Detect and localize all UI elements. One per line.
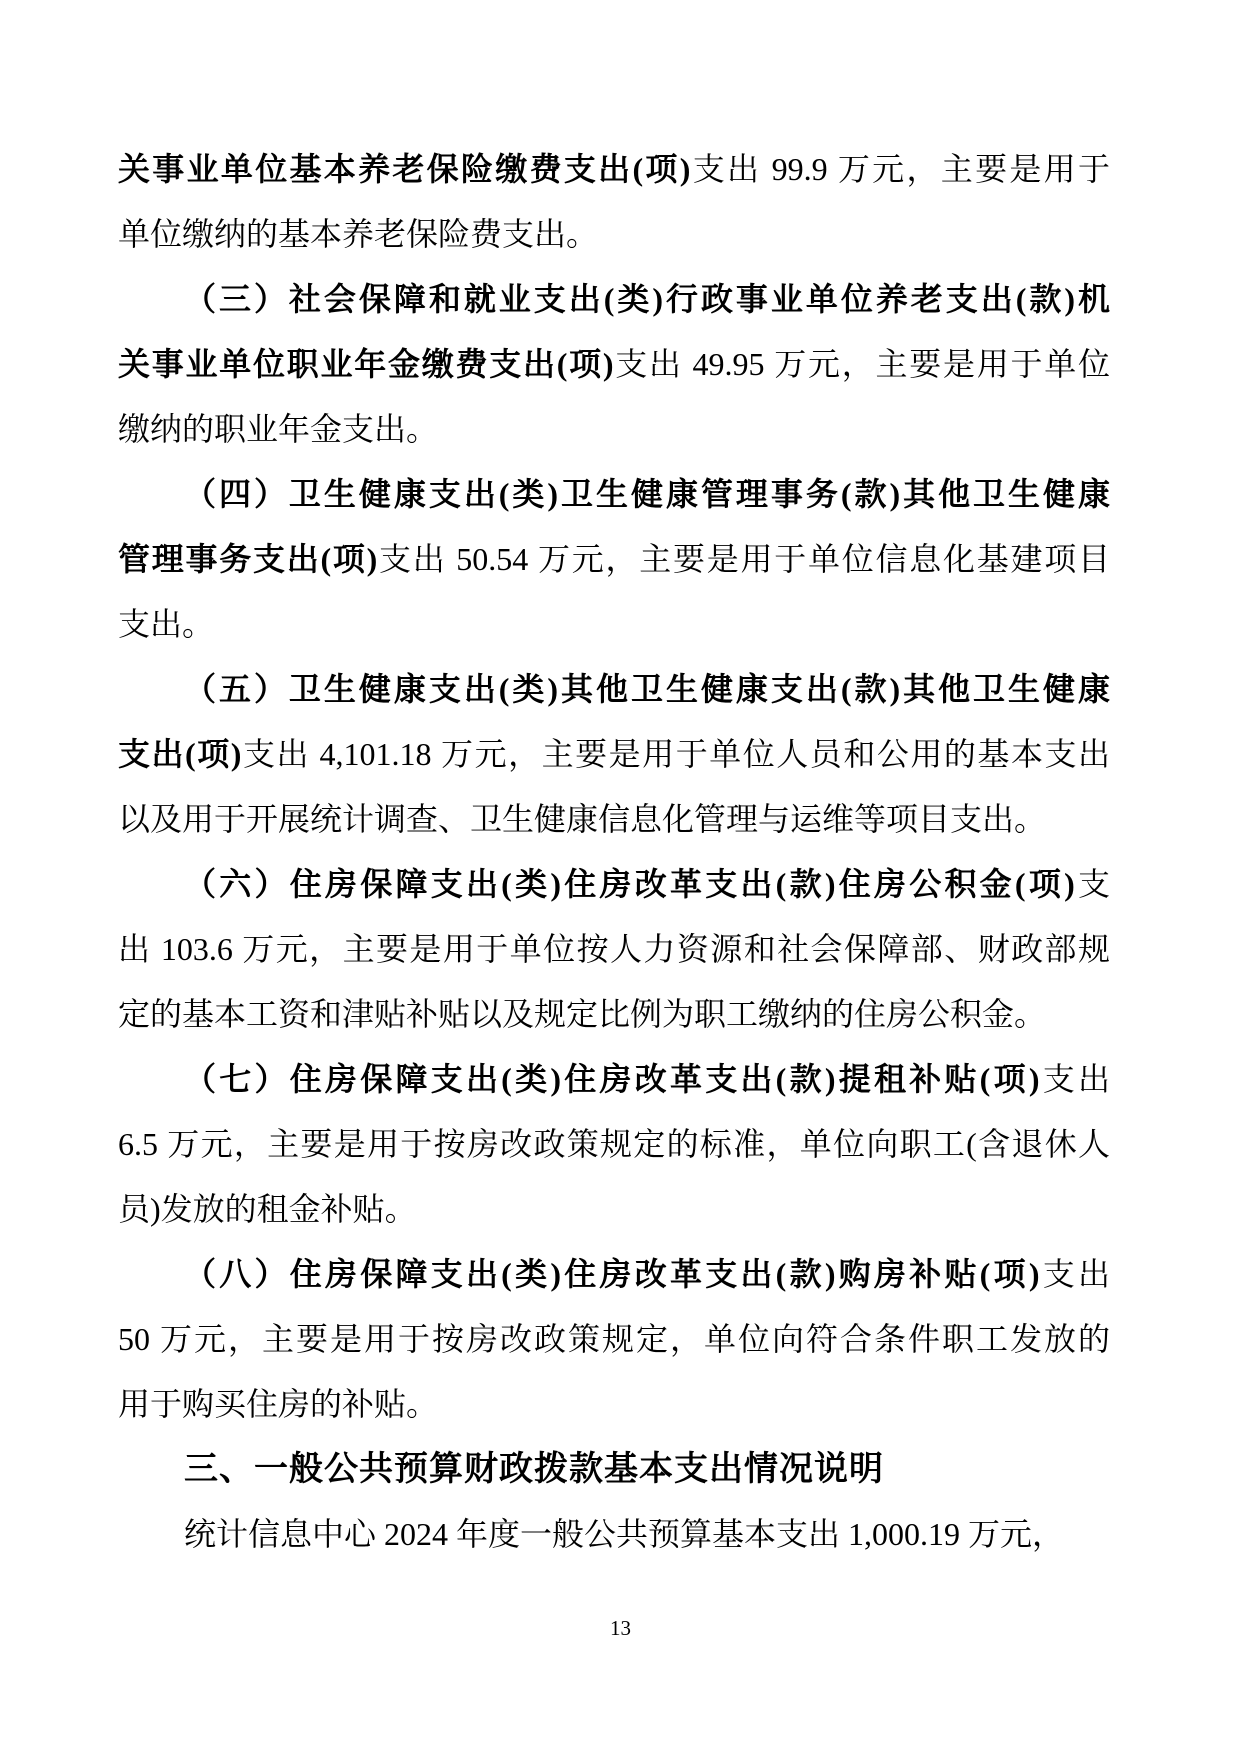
text-line: （七）住房保障支出(类)住房改革支出(款)提租补贴(项)支出	[118, 1047, 1110, 1112]
body-text: 定的基本工资和津贴补贴以及规定比例为职工缴纳的住房公积金。	[118, 996, 1046, 1032]
budget-category-text: （八）住房保障支出(类)住房改革支出(款)购房补贴(项)	[184, 1256, 1040, 1292]
page-number: 13	[0, 1608, 1241, 1648]
body-text: 支	[1075, 866, 1110, 902]
text-line: 50 万元，主要是用于按房改政策规定，单位向符合条件职工发放的	[118, 1307, 1110, 1372]
budget-category-text: （四）卫生健康支出(类)卫生健康管理事务(款)其他卫生健康	[184, 476, 1110, 512]
text-line: 定的基本工资和津贴补贴以及规定比例为职工缴纳的住房公积金。	[118, 982, 1110, 1047]
text-line: （六）住房保障支出(类)住房改革支出(款)住房公积金(项)支	[118, 852, 1110, 917]
body-text: 支出。	[118, 606, 214, 642]
text-line: （三）社会保障和就业支出(类)行政事业单位养老支出(款)机	[118, 267, 1110, 332]
body-text: 缴纳的职业年金支出。	[118, 411, 438, 447]
text-line: 以及用于开展统计调查、卫生健康信息化管理与运维等项目支出。	[118, 787, 1110, 852]
text-line: 单位缴纳的基本养老保险费支出。	[118, 202, 1110, 267]
text-line: 出 103.6 万元，主要是用于单位按人力资源和社会保障部、财政部规	[118, 917, 1110, 982]
body-text: 用于购买住房的补贴。	[118, 1386, 438, 1422]
body-text: 支出 4,101.18 万元，主要是用于单位人员和公用的基本支出	[241, 736, 1110, 772]
text-line: 统计信息中心 2024 年度一般公共预算基本支出 1,000.19 万元，	[118, 1502, 1110, 1567]
document-text-block: 关事业单位基本养老保险缴费支出(项)支出 99.9 万元，主要是用于单位缴纳的基…	[118, 137, 1110, 1567]
text-line: 6.5 万元，主要是用于按房改政策规定的标准，单位向职工(含退休人	[118, 1112, 1110, 1177]
budget-category-text: 支出(项)	[118, 736, 241, 772]
body-text: 支出 50.54 万元，主要是用于单位信息化基建项目	[377, 541, 1110, 577]
document-page: 关事业单位基本养老保险缴费支出(项)支出 99.9 万元，主要是用于单位缴纳的基…	[0, 0, 1241, 1755]
section-heading: 三、一般公共预算财政拨款基本支出情况说明	[118, 1437, 1110, 1502]
text-line: 员)发放的租金补贴。	[118, 1177, 1110, 1242]
text-line: 支出(项)支出 4,101.18 万元，主要是用于单位人员和公用的基本支出	[118, 722, 1110, 787]
body-text: 以及用于开展统计调查、卫生健康信息化管理与运维等项目支出。	[118, 801, 1046, 837]
body-text: 支出 49.95 万元，主要是用于单位	[614, 346, 1110, 382]
body-text: 50 万元，主要是用于按房改政策规定，单位向符合条件职工发放的	[118, 1321, 1110, 1357]
text-line: 用于购买住房的补贴。	[118, 1372, 1110, 1437]
budget-category-text: （六）住房保障支出(类)住房改革支出(款)住房公积金(项)	[184, 866, 1075, 902]
budget-category-text: 三、一般公共预算财政拨款基本支出情况说明	[184, 1450, 884, 1488]
text-line: 支出。	[118, 592, 1110, 657]
body-text: 统计信息中心 2024 年度一般公共预算基本支出 1,000.19 万元，	[184, 1516, 1064, 1552]
body-text: 支出	[1040, 1061, 1111, 1097]
budget-category-text: （五）卫生健康支出(类)其他卫生健康支出(款)其他卫生健康	[184, 671, 1110, 707]
text-line: （四）卫生健康支出(类)卫生健康管理事务(款)其他卫生健康	[118, 462, 1110, 527]
budget-category-text: 关事业单位基本养老保险缴费支出(项)	[118, 151, 690, 187]
text-line: （五）卫生健康支出(类)其他卫生健康支出(款)其他卫生健康	[118, 657, 1110, 722]
body-text: 出 103.6 万元，主要是用于单位按人力资源和社会保障部、财政部规	[118, 931, 1110, 967]
body-text: 单位缴纳的基本养老保险费支出。	[118, 216, 598, 252]
budget-category-text: 关事业单位职业年金缴费支出(项)	[118, 346, 614, 382]
text-line: 管理事务支出(项)支出 50.54 万元，主要是用于单位信息化基建项目	[118, 527, 1110, 592]
text-line: 关事业单位基本养老保险缴费支出(项)支出 99.9 万元，主要是用于	[118, 137, 1110, 202]
text-line: 关事业单位职业年金缴费支出(项)支出 49.95 万元，主要是用于单位	[118, 332, 1110, 397]
budget-category-text: （三）社会保障和就业支出(类)行政事业单位养老支出(款)机	[184, 281, 1110, 317]
text-line: 缴纳的职业年金支出。	[118, 397, 1110, 462]
body-text: 6.5 万元，主要是用于按房改政策规定的标准，单位向职工(含退休人	[118, 1126, 1110, 1162]
text-line: （八）住房保障支出(类)住房改革支出(款)购房补贴(项)支出	[118, 1242, 1110, 1307]
body-text: 支出 99.9 万元，主要是用于	[690, 151, 1110, 187]
budget-category-text: （七）住房保障支出(类)住房改革支出(款)提租补贴(项)	[184, 1061, 1040, 1097]
body-text: 支出	[1040, 1256, 1111, 1292]
body-text: 员)发放的租金补贴。	[118, 1191, 417, 1227]
budget-category-text: 管理事务支出(项)	[118, 541, 377, 577]
